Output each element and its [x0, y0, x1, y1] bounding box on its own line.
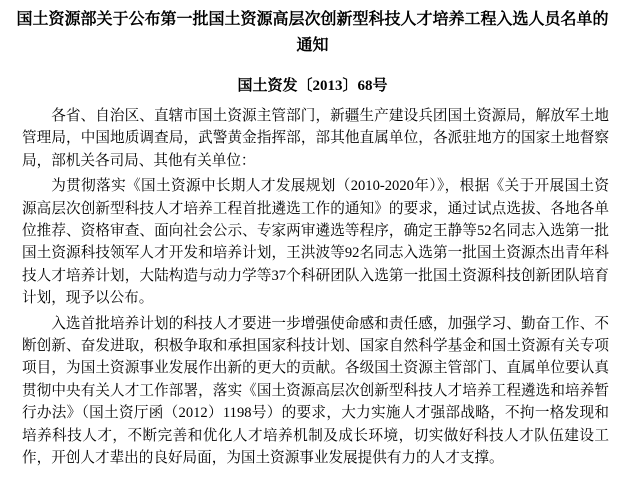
- document-page: { "document": { "title": "国土资源部关于公布第一批国土…: [0, 0, 625, 481]
- document-number: 国土资发〔2013〕68号: [0, 77, 625, 95]
- body-paragraph-1: 为贯彻落实《国土资源中长期人才发展规划（2010-2020年）》，根据《关于开展…: [22, 175, 609, 309]
- document-body: 各省、自治区、直辖市国土资源主管部门，新疆生产建设兵团国土资源局，解放军土地管理…: [22, 105, 609, 470]
- body-paragraph-2: 入选首批培养计划的科技人才要进一步增强使命感和责任感，加强学习、勤奋工作、不断创…: [22, 313, 609, 470]
- document-title: 国土资源部关于公布第一批国土资源高层次创新型科技人才培养工程入选人员名单的通知: [9, 7, 616, 59]
- notice-document: 国土资源部关于公布第一批国土资源高层次创新型科技人才培养工程入选人员名单的通知 …: [0, 0, 625, 481]
- recipients-paragraph: 各省、自治区、直辖市国土资源主管部门，新疆生产建设兵团国土资源局，解放军土地管理…: [22, 105, 609, 172]
